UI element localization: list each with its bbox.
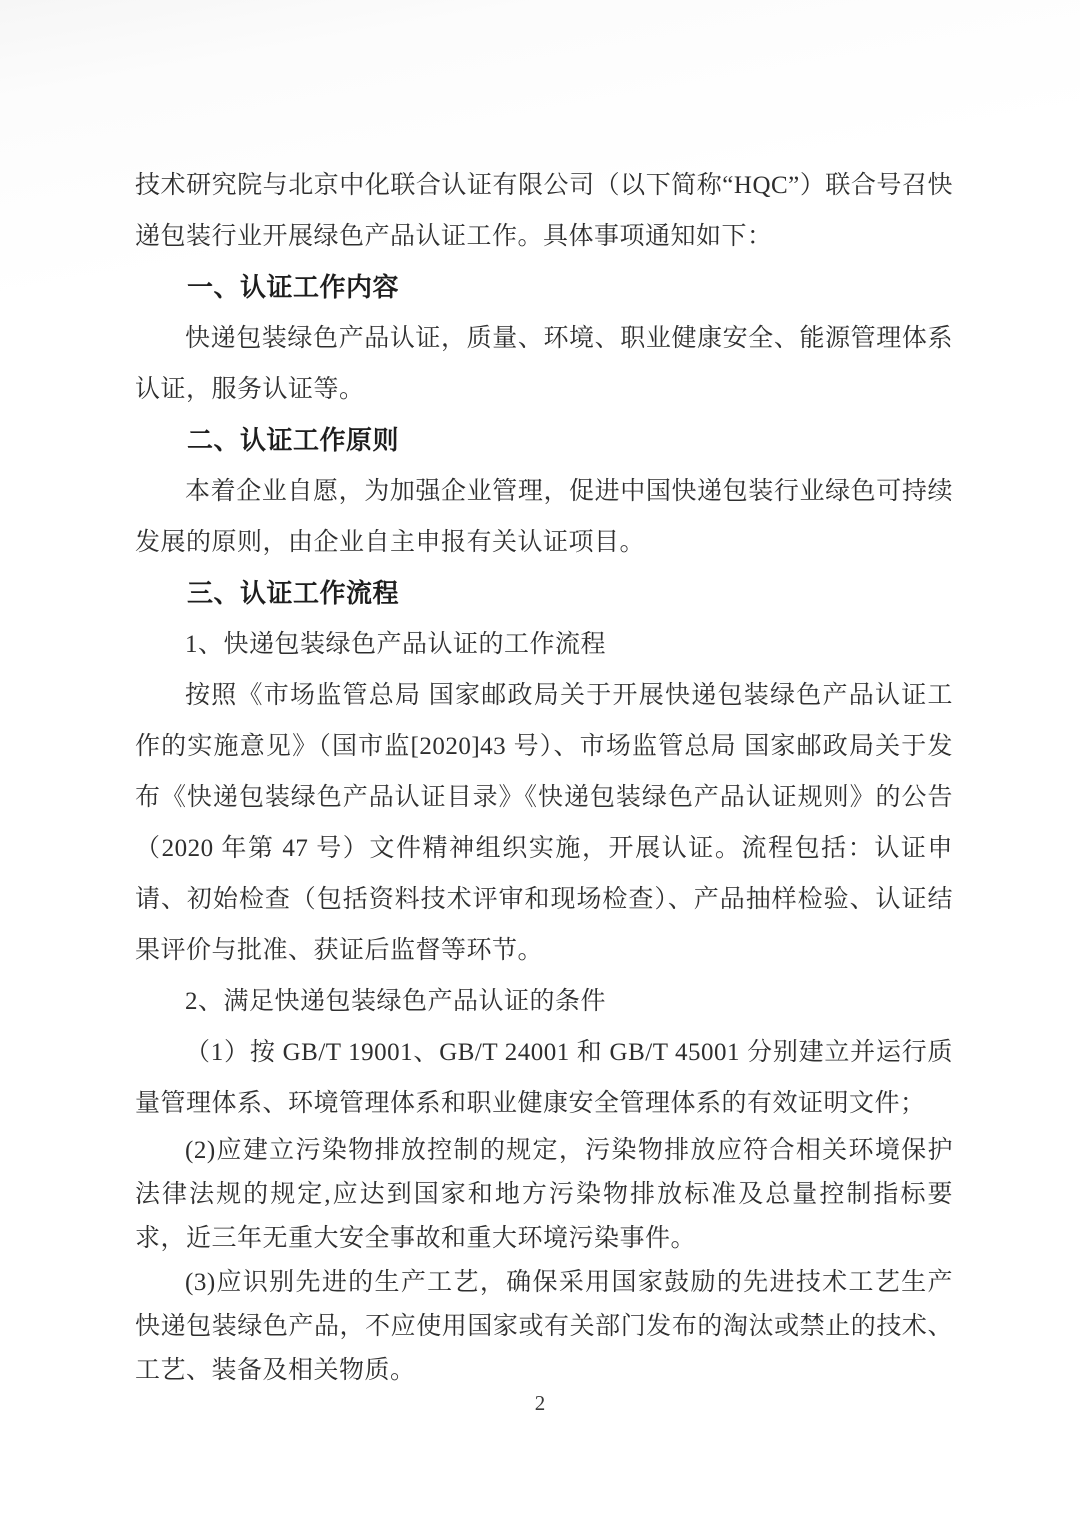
page-number: 2 xyxy=(0,1391,1080,1416)
section-1-heading: 一、认证工作内容 xyxy=(135,262,953,313)
item-1-title: 1、快递包装绿色产品认证的工作流程 xyxy=(135,619,953,670)
section-2-heading: 二、认证工作原则 xyxy=(135,415,953,466)
condition-3: (3)应识别先进的生产工艺，确保采用国家鼓励的先进技术工艺生产快递包装绿色产品，… xyxy=(135,1261,953,1393)
section-3-heading: 三、认证工作流程 xyxy=(135,568,953,619)
item-2-title: 2、满足快递包装绿色产品认证的条件 xyxy=(135,976,953,1027)
condition-2: (2)应建立污染物排放控制的规定，污染物排放应符合相关环境保护法律法规的规定,应… xyxy=(135,1129,953,1261)
document-page: 技术研究院与北京中化联合认证有限公司（以下简称“HQC”）联合号召快递包装行业开… xyxy=(0,0,1080,1527)
condition-1: （1）按 GB/T 19001、GB/T 24001 和 GB/T 45001 … xyxy=(135,1027,953,1129)
item-1-body: 按照《市场监管总局 国家邮政局关于开展快递包装绿色产品认证工作的实施意见》（国市… xyxy=(135,670,953,976)
section-2-body: 本着企业自愿，为加强企业管理，促进中国快递包装行业绿色可持续发展的原则，由企业自… xyxy=(135,466,953,568)
document-body: 技术研究院与北京中化联合认证有限公司（以下简称“HQC”）联合号召快递包装行业开… xyxy=(135,160,953,1393)
intro-paragraph: 技术研究院与北京中化联合认证有限公司（以下简称“HQC”）联合号召快递包装行业开… xyxy=(135,160,953,262)
section-1-body: 快递包装绿色产品认证，质量、环境、职业健康安全、能源管理体系认证，服务认证等。 xyxy=(135,313,953,415)
